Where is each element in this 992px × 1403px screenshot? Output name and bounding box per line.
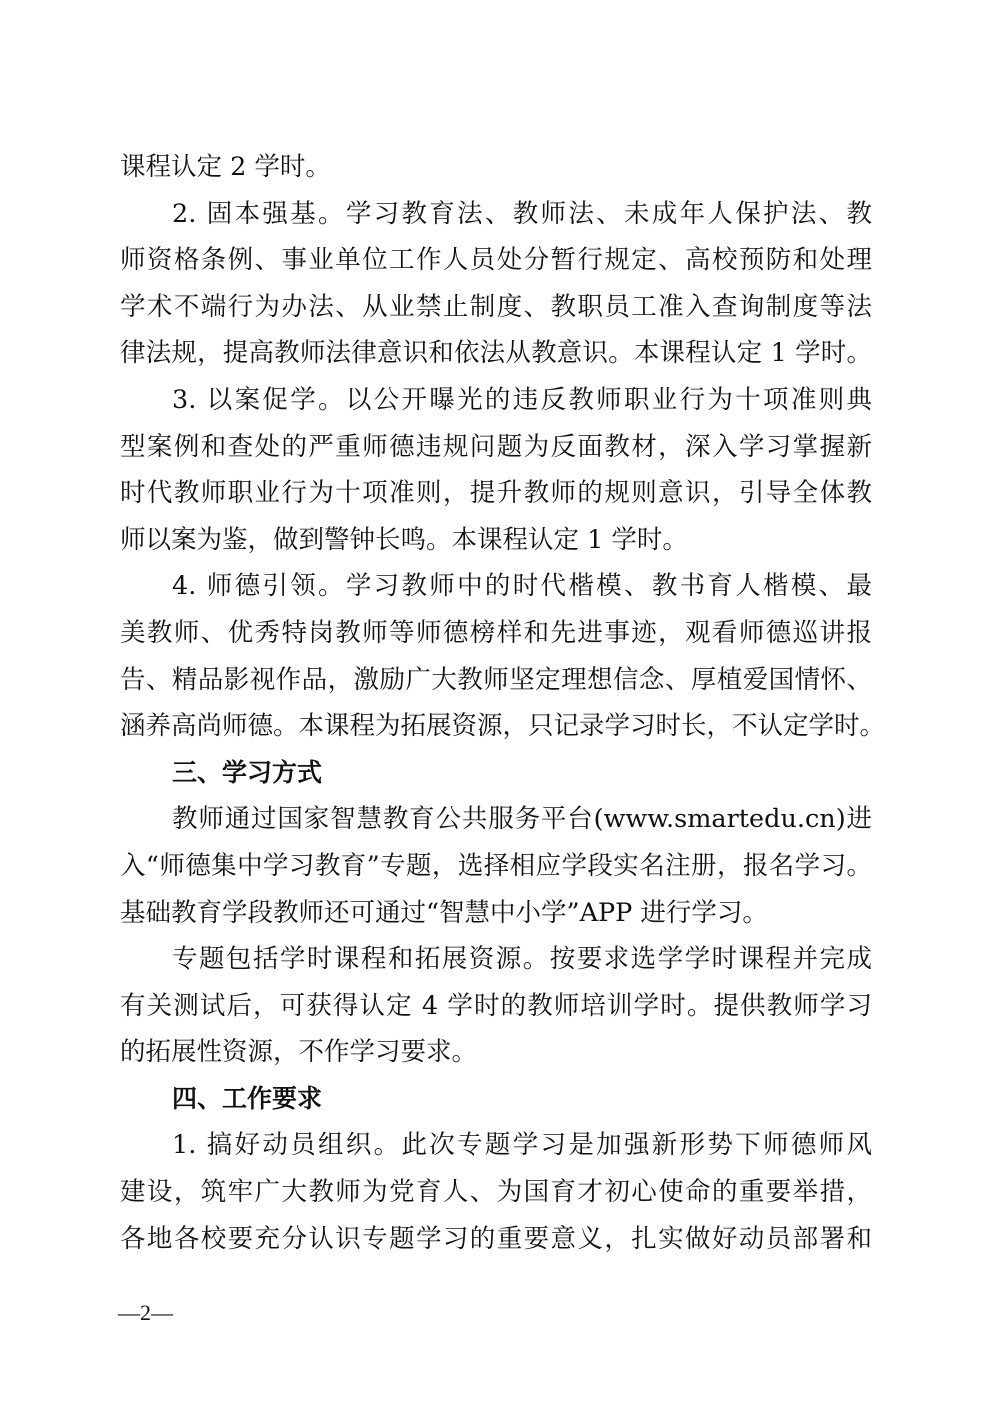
paragraph-line: 型案例和查处的严重师德违规问题为反面教材，深入学习掌握新 — [120, 424, 872, 471]
paragraph-line: 课程认定 2 学时。 — [120, 144, 872, 191]
paragraph-line: 基础教育学段教师还可通过“智慧中小学”APP 进行学习。 — [120, 890, 872, 937]
section-heading: 三、学习方式 — [120, 750, 872, 797]
paragraph-line: 2. 固本强基。学习教育法、教师法、未成年人保护法、教 — [120, 191, 872, 238]
paragraph-line: 律法规，提高教师法律意识和依法从教意识。本课程认定 1 学时。 — [120, 330, 872, 377]
document-body: 课程认定 2 学时。 2. 固本强基。学习教育法、教师法、未成年人保护法、教 师… — [120, 144, 872, 1262]
paragraph-line: 的拓展性资源，不作学习要求。 — [120, 1029, 872, 1076]
paragraph-line: 时代教师职业行为十项准则，提升教师的规则意识，引导全体教 — [120, 470, 872, 517]
paragraph-line: 涵养高尚师德。本课程为拓展资源，只记录学习时长，不认定学时。 — [120, 703, 872, 750]
paragraph-line: 4. 师德引领。学习教师中的时代楷模、教书育人楷模、最 — [120, 563, 872, 610]
paragraph-line: 师以案为鉴，做到警钟长鸣。本课程认定 1 学时。 — [120, 517, 872, 564]
paragraph-line: 1. 搞好动员组织。此次专题学习是加强新形势下师德师风 — [120, 1122, 872, 1169]
paragraph-line: 各地各校要充分认识专题学习的重要意义，扎实做好动员部署和 — [120, 1216, 872, 1263]
paragraph-line: 3. 以案促学。以公开曝光的违反教师职业行为十项准则典 — [120, 377, 872, 424]
section-heading: 四、工作要求 — [120, 1076, 872, 1123]
paragraph-line: 师资格条例、事业单位工作人员处分暂行规定、高校预防和处理 — [120, 237, 872, 284]
paragraph-line: 美教师、优秀特岗教师等师德榜样和先进事迹，观看师德巡讲报 — [120, 610, 872, 657]
paragraph-line: 告、精品影视作品，激励广大教师坚定理想信念、厚植爱国情怀、 — [120, 657, 872, 704]
paragraph-line: 有关测试后，可获得认定 4 学时的教师培训学时。提供教师学习 — [120, 983, 872, 1030]
page-number: —2— — [118, 1300, 173, 1326]
paragraph-line: 教师通过国家智慧教育公共服务平台(www.smartedu.cn)进 — [120, 796, 872, 843]
document-page: 课程认定 2 学时。 2. 固本强基。学习教育法、教师法、未成年人保护法、教 师… — [0, 0, 992, 1403]
paragraph-line: 专题包括学时课程和拓展资源。按要求选学学时课程并完成 — [120, 936, 872, 983]
paragraph-line: 建设，筑牢广大教师为党育人、为国育才初心使命的重要举措， — [120, 1169, 872, 1216]
paragraph-line: 入“师德集中学习教育”专题，选择相应学段实名注册，报名学习。 — [120, 843, 872, 890]
paragraph-line: 学术不端行为办法、从业禁止制度、教职员工准入查询制度等法 — [120, 284, 872, 331]
